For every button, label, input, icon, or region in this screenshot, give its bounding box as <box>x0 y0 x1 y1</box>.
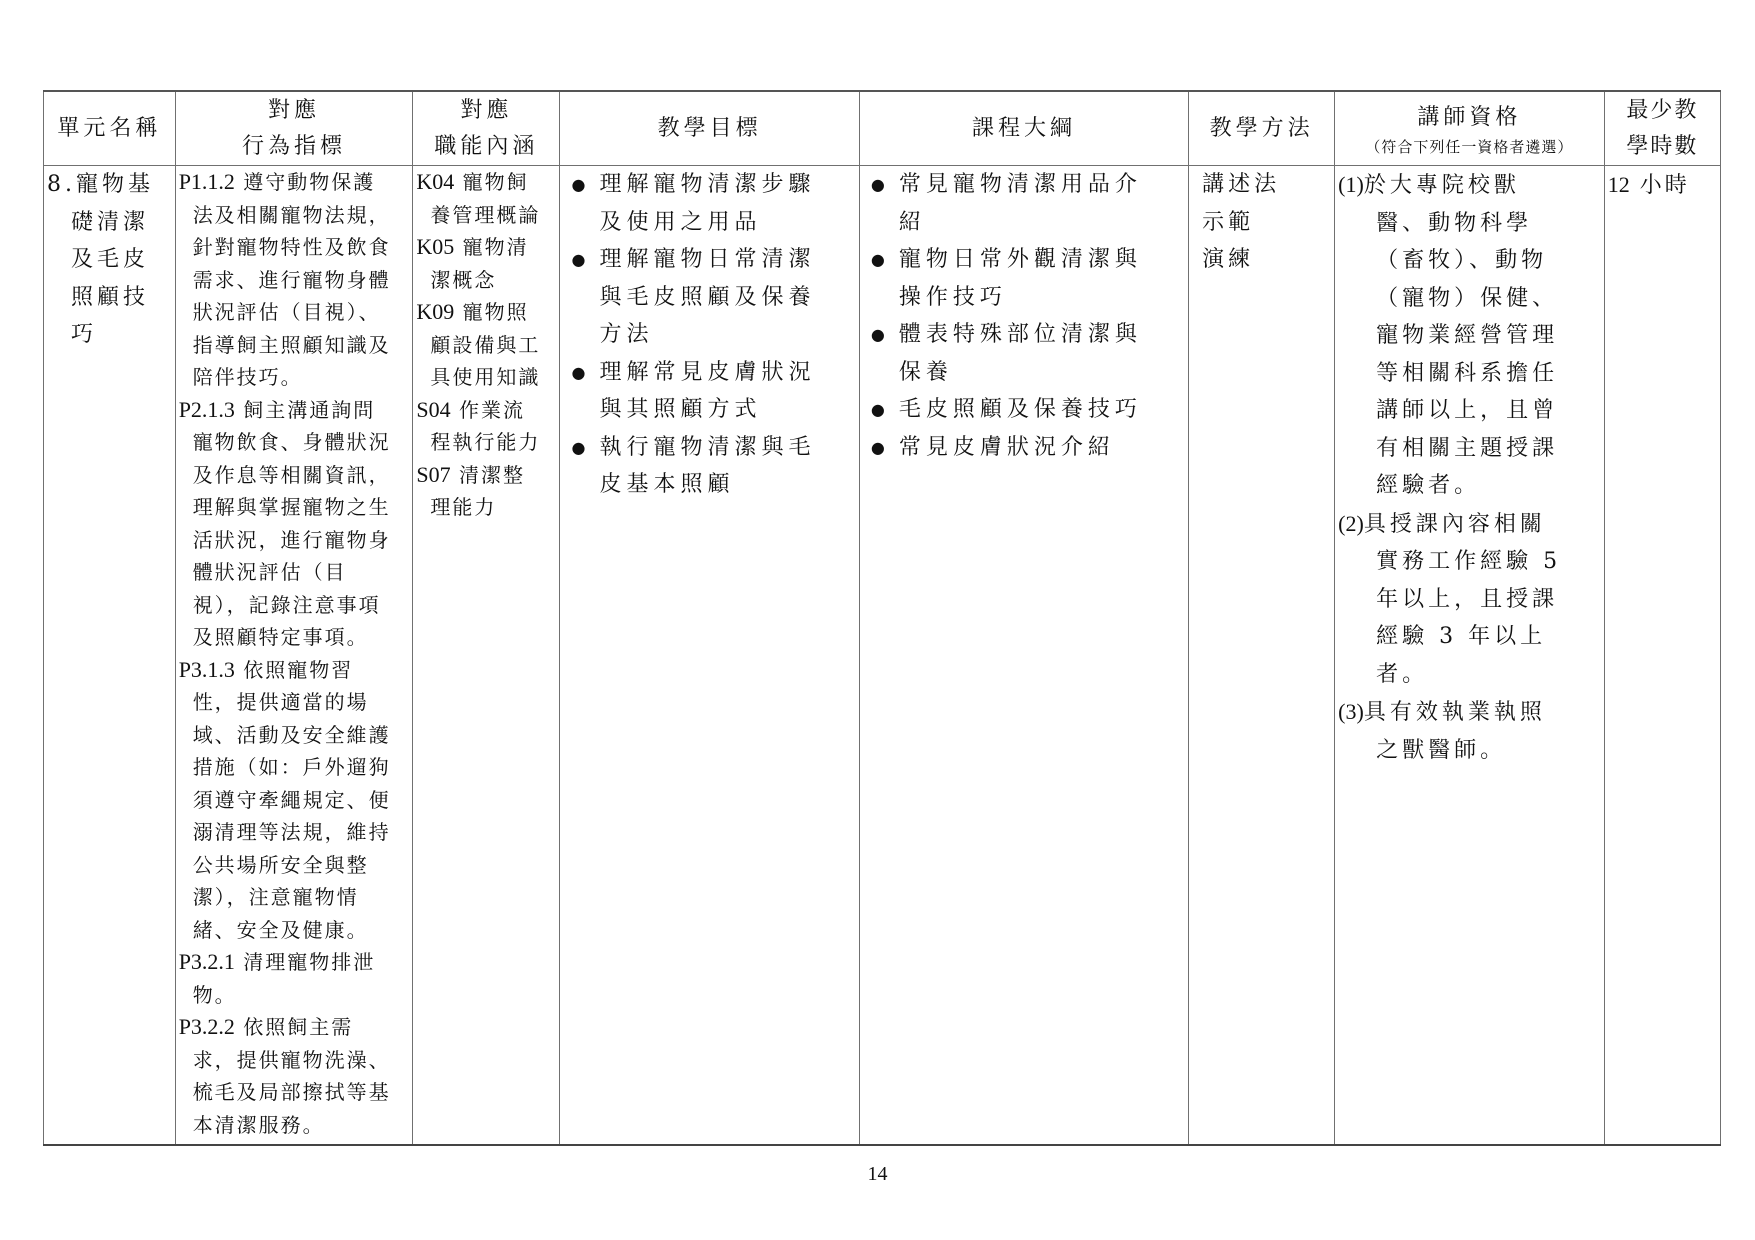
outline-item: ●體表特殊部位清潔與保養 <box>863 316 1185 391</box>
objective-item: ●理解常見皮膚狀況與其照顧方式 <box>563 354 855 429</box>
cell-competencies: K04 寵物飼 養管理概論 K05 寵物清 潔概念 K09 寵物照 顧設備與工 … <box>413 166 560 1146</box>
competency-item: K09 寵物照 顧設備與工 具使用知識 <box>416 296 556 394</box>
outline-item: ●常見皮膚狀況介紹 <box>863 429 1185 467</box>
header-min-hours: 最少教 學時數 <box>1604 91 1720 166</box>
document-page: 單元名稱 對應 行為指標 對應 職能內涵 教學目標 課程大綱 教學方法 講師資格… <box>0 0 1755 1240</box>
header-methods: 教學方法 <box>1189 91 1335 166</box>
qualification-item: (2)具授課內容相關 實務工作經驗 5 年以上，且授課 經驗 3 年以上 者。 <box>1338 505 1601 694</box>
cell-min-hours: 12 小時 <box>1604 166 1720 1146</box>
bullet-icon: ● <box>571 354 585 392</box>
bullet-icon: ● <box>871 391 885 429</box>
competency-item: K05 寵物清 潔概念 <box>416 231 556 296</box>
objective-item: ●理解寵物日常清潔與毛皮照顧及保養方法 <box>563 241 855 354</box>
cell-behavior-indicators: P1.1.2 遵守動物保護 法及相關寵物法規， 針對寵物特性及飲食 需求、進行寵… <box>175 166 413 1146</box>
outline-item: ●寵物日常外觀清潔與操作技巧 <box>863 241 1185 316</box>
bullet-icon: ● <box>571 166 585 204</box>
header-behavior-indicators: 對應 行為指標 <box>175 91 413 166</box>
hours-unit: 小時 <box>1640 173 1690 198</box>
cell-methods: 講述法 示範 演練 <box>1189 166 1335 1146</box>
cell-outline: ●常見寵物清潔用品介紹 ●寵物日常外觀清潔與操作技巧 ●體表特殊部位清潔與保養 … <box>859 166 1188 1146</box>
bullet-icon: ● <box>871 241 885 279</box>
behavior-indicator: P1.1.2 遵守動物保護 法及相關寵物法規， 針對寵物特性及飲食 需求、進行寵… <box>179 166 410 394</box>
course-unit-table: 單元名稱 對應 行為指標 對應 職能內涵 教學目標 課程大綱 教學方法 講師資格… <box>43 90 1721 1146</box>
table-row: 8.寵物基 礎清潔 及毛皮 照顧技 巧 P1.1.2 遵守動物保護 法及相關寵物… <box>44 166 1721 1146</box>
header-competencies: 對應 職能內涵 <box>413 91 560 166</box>
hours-value: 12 <box>1608 172 1630 197</box>
method-item: 講述法 <box>1192 166 1331 204</box>
header-objectives: 教學目標 <box>560 91 859 166</box>
cell-objectives: ●理解寵物清潔步驟及使用之用品 ●理解寵物日常清潔與毛皮照顧及保養方法 ●理解常… <box>560 166 859 1146</box>
competency-item: S04 作業流 程執行能力 <box>416 394 556 459</box>
header-unit-name: 單元名稱 <box>44 91 176 166</box>
behavior-indicator: P2.1.3 飼主溝通詢問 寵物飲食、身體狀況 及作息等相關資訊， 理解與掌握寵… <box>179 394 410 654</box>
behavior-indicator: P3.1.3 依照寵物習 性，提供適當的場 域、活動及安全維護 措施（如：戶外遛… <box>179 654 410 947</box>
behavior-indicator: P3.2.1 清理寵物排泄 物。 <box>179 946 410 1011</box>
header-qualification: 講師資格 （符合下列任一資格者遴選） <box>1335 91 1605 166</box>
objective-item: ●執行寵物清潔與毛皮基本照顧 <box>563 429 855 504</box>
method-item: 示範 <box>1192 204 1331 242</box>
competency-item: S07 清潔整 理能力 <box>416 459 556 524</box>
qualification-note: （符合下列任一資格者遴選） <box>1338 136 1601 158</box>
behavior-indicator: P3.2.2 依照飼主需 求，提供寵物洗澡、 梳毛及局部擦拭等基 本清潔服務。 <box>179 1011 410 1141</box>
bullet-icon: ● <box>871 166 885 204</box>
outline-item: ●毛皮照顧及保養技巧 <box>863 391 1185 429</box>
objective-item: ●理解寵物清潔步驟及使用之用品 <box>563 166 855 241</box>
cell-qualifications: (1)於大專院校獸 醫、動物科學 （畜牧）、動物 （寵物）保健、 寵物業經營管理… <box>1335 166 1605 1146</box>
outline-item: ●常見寵物清潔用品介紹 <box>863 166 1185 241</box>
table-header-row: 單元名稱 對應 行為指標 對應 職能內涵 教學目標 課程大綱 教學方法 講師資格… <box>44 91 1721 166</box>
bullet-icon: ● <box>871 429 885 467</box>
page-number: 14 <box>0 1163 1755 1186</box>
header-outline: 課程大綱 <box>859 91 1188 166</box>
bullet-icon: ● <box>571 429 585 467</box>
qualification-item: (3)具有效執業執照 之獸醫師。 <box>1338 693 1601 769</box>
cell-unit-name: 8.寵物基 礎清潔 及毛皮 照顧技 巧 <box>44 166 176 1146</box>
method-item: 演練 <box>1192 241 1331 279</box>
competency-item: K04 寵物飼 養管理概論 <box>416 166 556 231</box>
qualification-item: (1)於大專院校獸 醫、動物科學 （畜牧）、動物 （寵物）保健、 寵物業經營管理… <box>1338 166 1601 505</box>
bullet-icon: ● <box>571 241 585 279</box>
bullet-icon: ● <box>871 316 885 354</box>
